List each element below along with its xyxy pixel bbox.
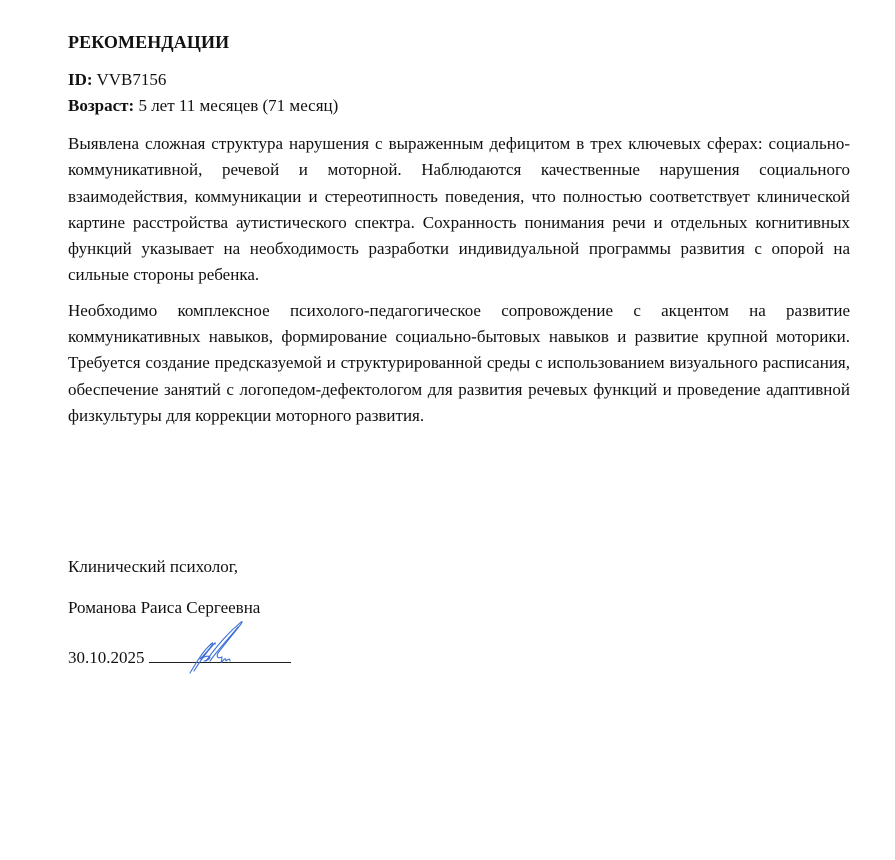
paragraph-recommendations: Необходимо комплексное психолого-педагог… [68,298,850,429]
handwritten-signature-icon [188,617,268,675]
id-value: VVB7156 [93,70,167,89]
age-label: Возраст: [68,96,134,115]
patient-id-line: ID: VVB7156 [68,67,850,93]
id-label: ID: [68,70,93,89]
recommendations-document: РЕКОМЕНДАЦИИ ID: VVB7156 Возраст: 5 лет … [68,30,850,429]
paragraph-findings: Выявлена сложная структура нарушения с в… [68,131,850,289]
document-title: РЕКОМЕНДАЦИИ [68,30,850,54]
age-value: 5 лет 11 месяцев (71 месяц) [134,96,338,115]
signature-date: 30.10.2025 [68,648,145,667]
patient-age-line: Возраст: 5 лет 11 месяцев (71 месяц) [68,93,850,119]
signer-role: Клинический психолог, [68,555,238,579]
